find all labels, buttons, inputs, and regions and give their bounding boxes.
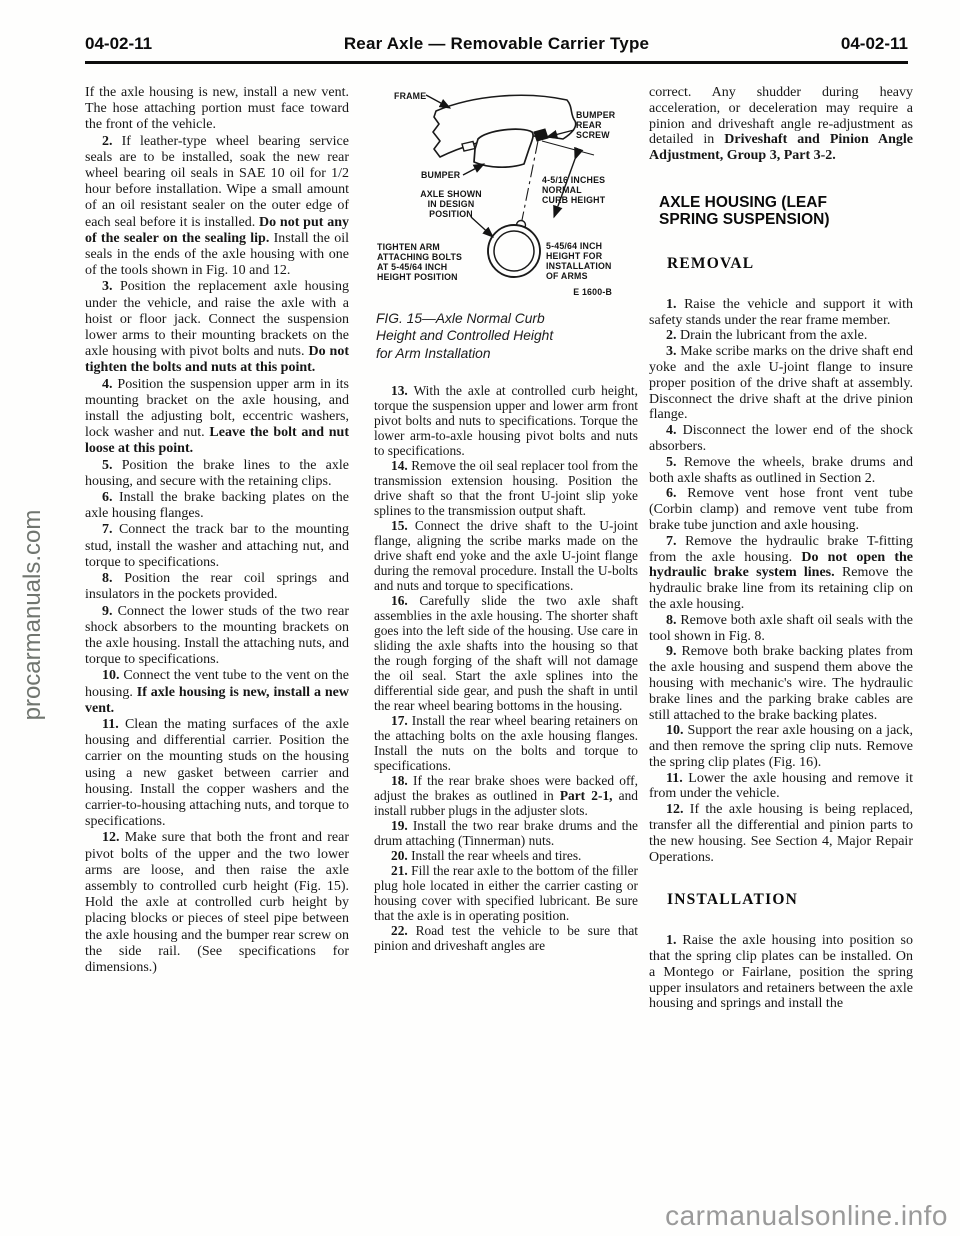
bold-text: 18. (391, 773, 413, 788)
body-text: Make scribe marks on the drive shaft end… (649, 344, 913, 422)
section-heading: AXLE HOUSING (LEAF SPRING SUSPENSION) (659, 194, 913, 229)
numbered-step: 13. With the axle at controlled curb hei… (374, 383, 638, 458)
bold-text: Part 2-1, (560, 788, 613, 803)
body-text: Remove the oil seal replacer tool from t… (374, 458, 638, 518)
bold-text: 15. (391, 518, 415, 533)
frame-leader-arrow (426, 95, 450, 108)
body-text: Clean the mating surfaces of the axle ho… (85, 717, 349, 829)
column-middle-text: 13. With the axle at controlled curb hei… (374, 383, 638, 953)
body-text: Position the rear coil springs and insul… (85, 571, 349, 602)
install-height-label: OF ARMS (546, 271, 588, 281)
curb-height-label: NORMAL (542, 185, 582, 195)
numbered-step: 7. Connect the track bar to the mounting… (85, 522, 349, 571)
body-text: Remove both brake backing plates from th… (649, 644, 913, 722)
numbered-step: 7. Remove the hydraulic brake T-fitting … (649, 534, 913, 613)
bold-text: 4. (666, 423, 683, 438)
numbered-step: 15. Connect the drive shaft to the U-joi… (374, 518, 638, 593)
numbered-step: 18. If the rear brake shoes were backed … (374, 773, 638, 818)
page-number-right: 04-02-11 (841, 34, 908, 54)
body-text: Install the rear wheel bearing retainers… (374, 713, 638, 773)
numbered-step: 19. Install the two rear brake drums and… (374, 818, 638, 848)
numbered-step: 20. Install the rear wheels and tires. (374, 848, 638, 863)
body-text: Install the brake backing plates on the … (85, 490, 349, 521)
body-text: Disconnect the lower end of the shock ab… (649, 423, 913, 454)
bold-text: 7. (666, 534, 685, 549)
numbered-step: 10. Support the rear axle housing on a j… (649, 723, 913, 770)
body-text: Connect the lower studs of the two rear … (85, 604, 349, 668)
figure-15-diagram: FRAME BUMPER REAR SCREW BUMPER AXLE SHOW… (374, 85, 639, 301)
bold-text: 11. (102, 717, 125, 732)
column-left: If the axle housing is new, install a ne… (85, 85, 349, 976)
body-text: Lower the axle housing and remove it fro… (649, 771, 913, 802)
bold-text: 21. (391, 863, 411, 878)
page-header: 04-02-11 Rear Axle — Removable Carrier T… (85, 34, 908, 56)
numbered-step: 9. Remove both brake backing plates from… (649, 644, 913, 723)
bumper-rear-screw-label: BUMPER (576, 110, 616, 120)
body-text: If the axle housing is new, install a ne… (85, 85, 349, 132)
body-text: With the axle at controlled curb height,… (374, 383, 638, 458)
page-title: Rear Axle — Removable Carrier Type (85, 34, 908, 54)
body-text: Fill the rear axle to the bottom of the … (374, 863, 638, 923)
bold-text: 22. (391, 923, 416, 938)
watermark-procarmanuals: procarmanuals.com (19, 510, 47, 721)
bold-text: 6. (102, 490, 119, 505)
header-rule (85, 61, 908, 64)
body-text: Connect the track bar to the mounting st… (85, 522, 349, 569)
numbered-step: 21. Fill the rear axle to the bottom of … (374, 863, 638, 923)
numbered-step: 11. Clean the mating surfaces of the axl… (85, 717, 349, 830)
body-text: Position the brake lines to the axle hou… (85, 458, 349, 489)
body-text: Raise the vehicle and support it with sa… (649, 297, 913, 328)
body-text: Drain the lubricant from the axle. (680, 328, 867, 343)
bold-text: 8. (102, 571, 124, 586)
numbered-step: 3. Position the replacement axle housing… (85, 279, 349, 376)
figure-caption: FIG. 15—Axle Normal Curb Height and Cont… (376, 310, 601, 362)
numbered-step: 11. Lower the axle housing and remove it… (649, 771, 913, 803)
body-text: Remove the wheels, brake drums and both … (649, 455, 913, 486)
axle-shown-leader-arrow (471, 217, 493, 237)
paragraph: correct. Any shudder during heavy accele… (649, 85, 913, 164)
body-text: Raise the axle housing into position so … (649, 933, 913, 1011)
bold-text: 2. (666, 328, 680, 343)
body-text: Install the rear wheels and tires. (411, 848, 581, 863)
install-height-label: 5-45/64 INCH (546, 241, 602, 251)
numbered-step: 10. Connect the vent tube to the vent on… (85, 668, 349, 717)
bold-text: 4. (102, 377, 117, 392)
bold-text: 17. (391, 713, 412, 728)
bold-text: 11. (666, 771, 688, 786)
axle-shown-label: IN DESIGN (428, 199, 475, 209)
watermark-carmanualsonline: carmanualsonline.info (665, 1200, 948, 1232)
bold-text: 1. (666, 933, 682, 948)
numbered-step: 8. Position the rear coil springs and in… (85, 571, 349, 603)
bumper-label: BUMPER (421, 170, 461, 180)
bold-text: 9. (102, 604, 118, 619)
bold-text: 1. (666, 297, 684, 312)
numbered-step: 1. Raise the vehicle and support it with… (649, 297, 913, 329)
numbered-step: 17. Install the rear wheel bearing retai… (374, 713, 638, 773)
numbered-step: 9. Connect the lower studs of the two re… (85, 604, 349, 669)
body-text: Make sure that both the front and rear p… (85, 830, 349, 975)
curb-height-label: CURB HEIGHT (542, 195, 606, 205)
bold-text: 8. (666, 613, 680, 628)
tighten-arm-label: AT 5-45/64 INCH (377, 262, 447, 272)
body-text: Support the rear axle housing on a jack,… (649, 723, 913, 770)
bold-text: 12. (102, 830, 125, 845)
numbered-step: 12. If the axle housing is being replace… (649, 802, 913, 865)
numbered-step: 14. Remove the oil seal replacer tool fr… (374, 458, 638, 518)
numbered-step: 2. If leather-type wheel bearing service… (85, 134, 349, 280)
bumper-leader-arrow (463, 164, 484, 175)
column-right: correct. Any shudder during heavy accele… (649, 85, 913, 1012)
bumper-rear-screw-label: REAR (576, 120, 602, 130)
axle-shown-label: AXLE SHOWN (420, 189, 482, 199)
curb-height-label: 4-5/16 INCHES (542, 175, 605, 185)
bold-text: 12. (666, 802, 690, 817)
frame-label: FRAME (394, 91, 426, 101)
tighten-arm-label: ATTACHING BOLTS (377, 252, 462, 262)
install-height-label: HEIGHT FOR (546, 251, 603, 261)
numbered-step: 1. Raise the axle housing into position … (649, 933, 913, 1012)
bold-text: 16. (391, 593, 419, 608)
bumper-rear-screw-label: SCREW (576, 130, 610, 140)
body-text: Install the two rear brake drums and the… (374, 818, 638, 848)
numbered-step: 4. Position the suspension upper arm in … (85, 377, 349, 458)
numbered-step: 6. Remove vent hose front vent tube (Cor… (649, 486, 913, 533)
numbered-step: 2. Drain the lubricant from the axle. (649, 328, 913, 344)
manual-page: procarmanuals.com carmanualsonline.info … (0, 0, 960, 1236)
numbered-step: 5. Position the brake lines to the axle … (85, 458, 349, 490)
bold-text: 10. (102, 668, 123, 683)
numbered-step: 5. Remove the wheels, brake drums and bo… (649, 455, 913, 487)
bold-text: 5. (666, 455, 684, 470)
bold-text: 20. (391, 848, 411, 863)
numbered-step: 3. Make scribe marks on the drive shaft … (649, 344, 913, 423)
body-text: Remove both axle shaft oil seals with th… (649, 613, 913, 644)
figure-code: E 1600-B (573, 287, 612, 297)
axle-shown-label: POSITION (429, 209, 473, 219)
bold-text: 3. (666, 344, 680, 359)
numbered-step: 16. Carefully slide the two axle shaft a… (374, 593, 638, 713)
tighten-arm-label: HEIGHT POSITION (377, 272, 458, 282)
curb-height-datum-line (542, 141, 594, 155)
section-heading: REMOVAL (667, 256, 913, 272)
body-text: Remove vent hose front vent tube (Corbin… (649, 486, 913, 533)
column-middle: FRAME BUMPER REAR SCREW BUMPER AXLE SHOW… (374, 85, 638, 953)
numbered-step: 12. Make sure that both the front and re… (85, 830, 349, 976)
section-heading: INSTALLATION (667, 892, 913, 908)
numbered-step: 22. Road test the vehicle to be sure tha… (374, 923, 638, 953)
numbered-step: 6. Install the brake backing plates on t… (85, 490, 349, 522)
bold-text: 14. (391, 458, 411, 473)
bold-text: 2. (102, 134, 122, 149)
bold-text: 10. (666, 723, 687, 738)
body-text: Carefully slide the two axle shaft assem… (374, 593, 638, 713)
numbered-step: 8. Remove both axle shaft oil seals with… (649, 613, 913, 645)
bold-text: 9. (666, 644, 681, 659)
rail-clip-shape (462, 142, 475, 152)
bold-text: 6. (666, 486, 687, 501)
tighten-arm-label: TIGHTEN ARM (377, 242, 440, 252)
bold-text: 5. (102, 458, 122, 473)
bold-text: 13. (391, 383, 414, 398)
axle-circle-outer (488, 225, 540, 277)
figure-caption-line: for Arm Installation (376, 345, 601, 362)
figure-caption-line: FIG. 15—Axle Normal Curb (376, 310, 601, 327)
figure-caption-line: Height and Controlled Height (376, 327, 601, 344)
bold-text: 7. (102, 522, 119, 537)
bold-text: 19. (391, 818, 413, 833)
numbered-step: 4. Disconnect the lower end of the shock… (649, 423, 913, 455)
install-height-label: INSTALLATION (546, 261, 612, 271)
bumper-shape (474, 129, 533, 167)
bold-text: 3. (102, 279, 120, 294)
paragraph: If the axle housing is new, install a ne… (85, 85, 349, 134)
